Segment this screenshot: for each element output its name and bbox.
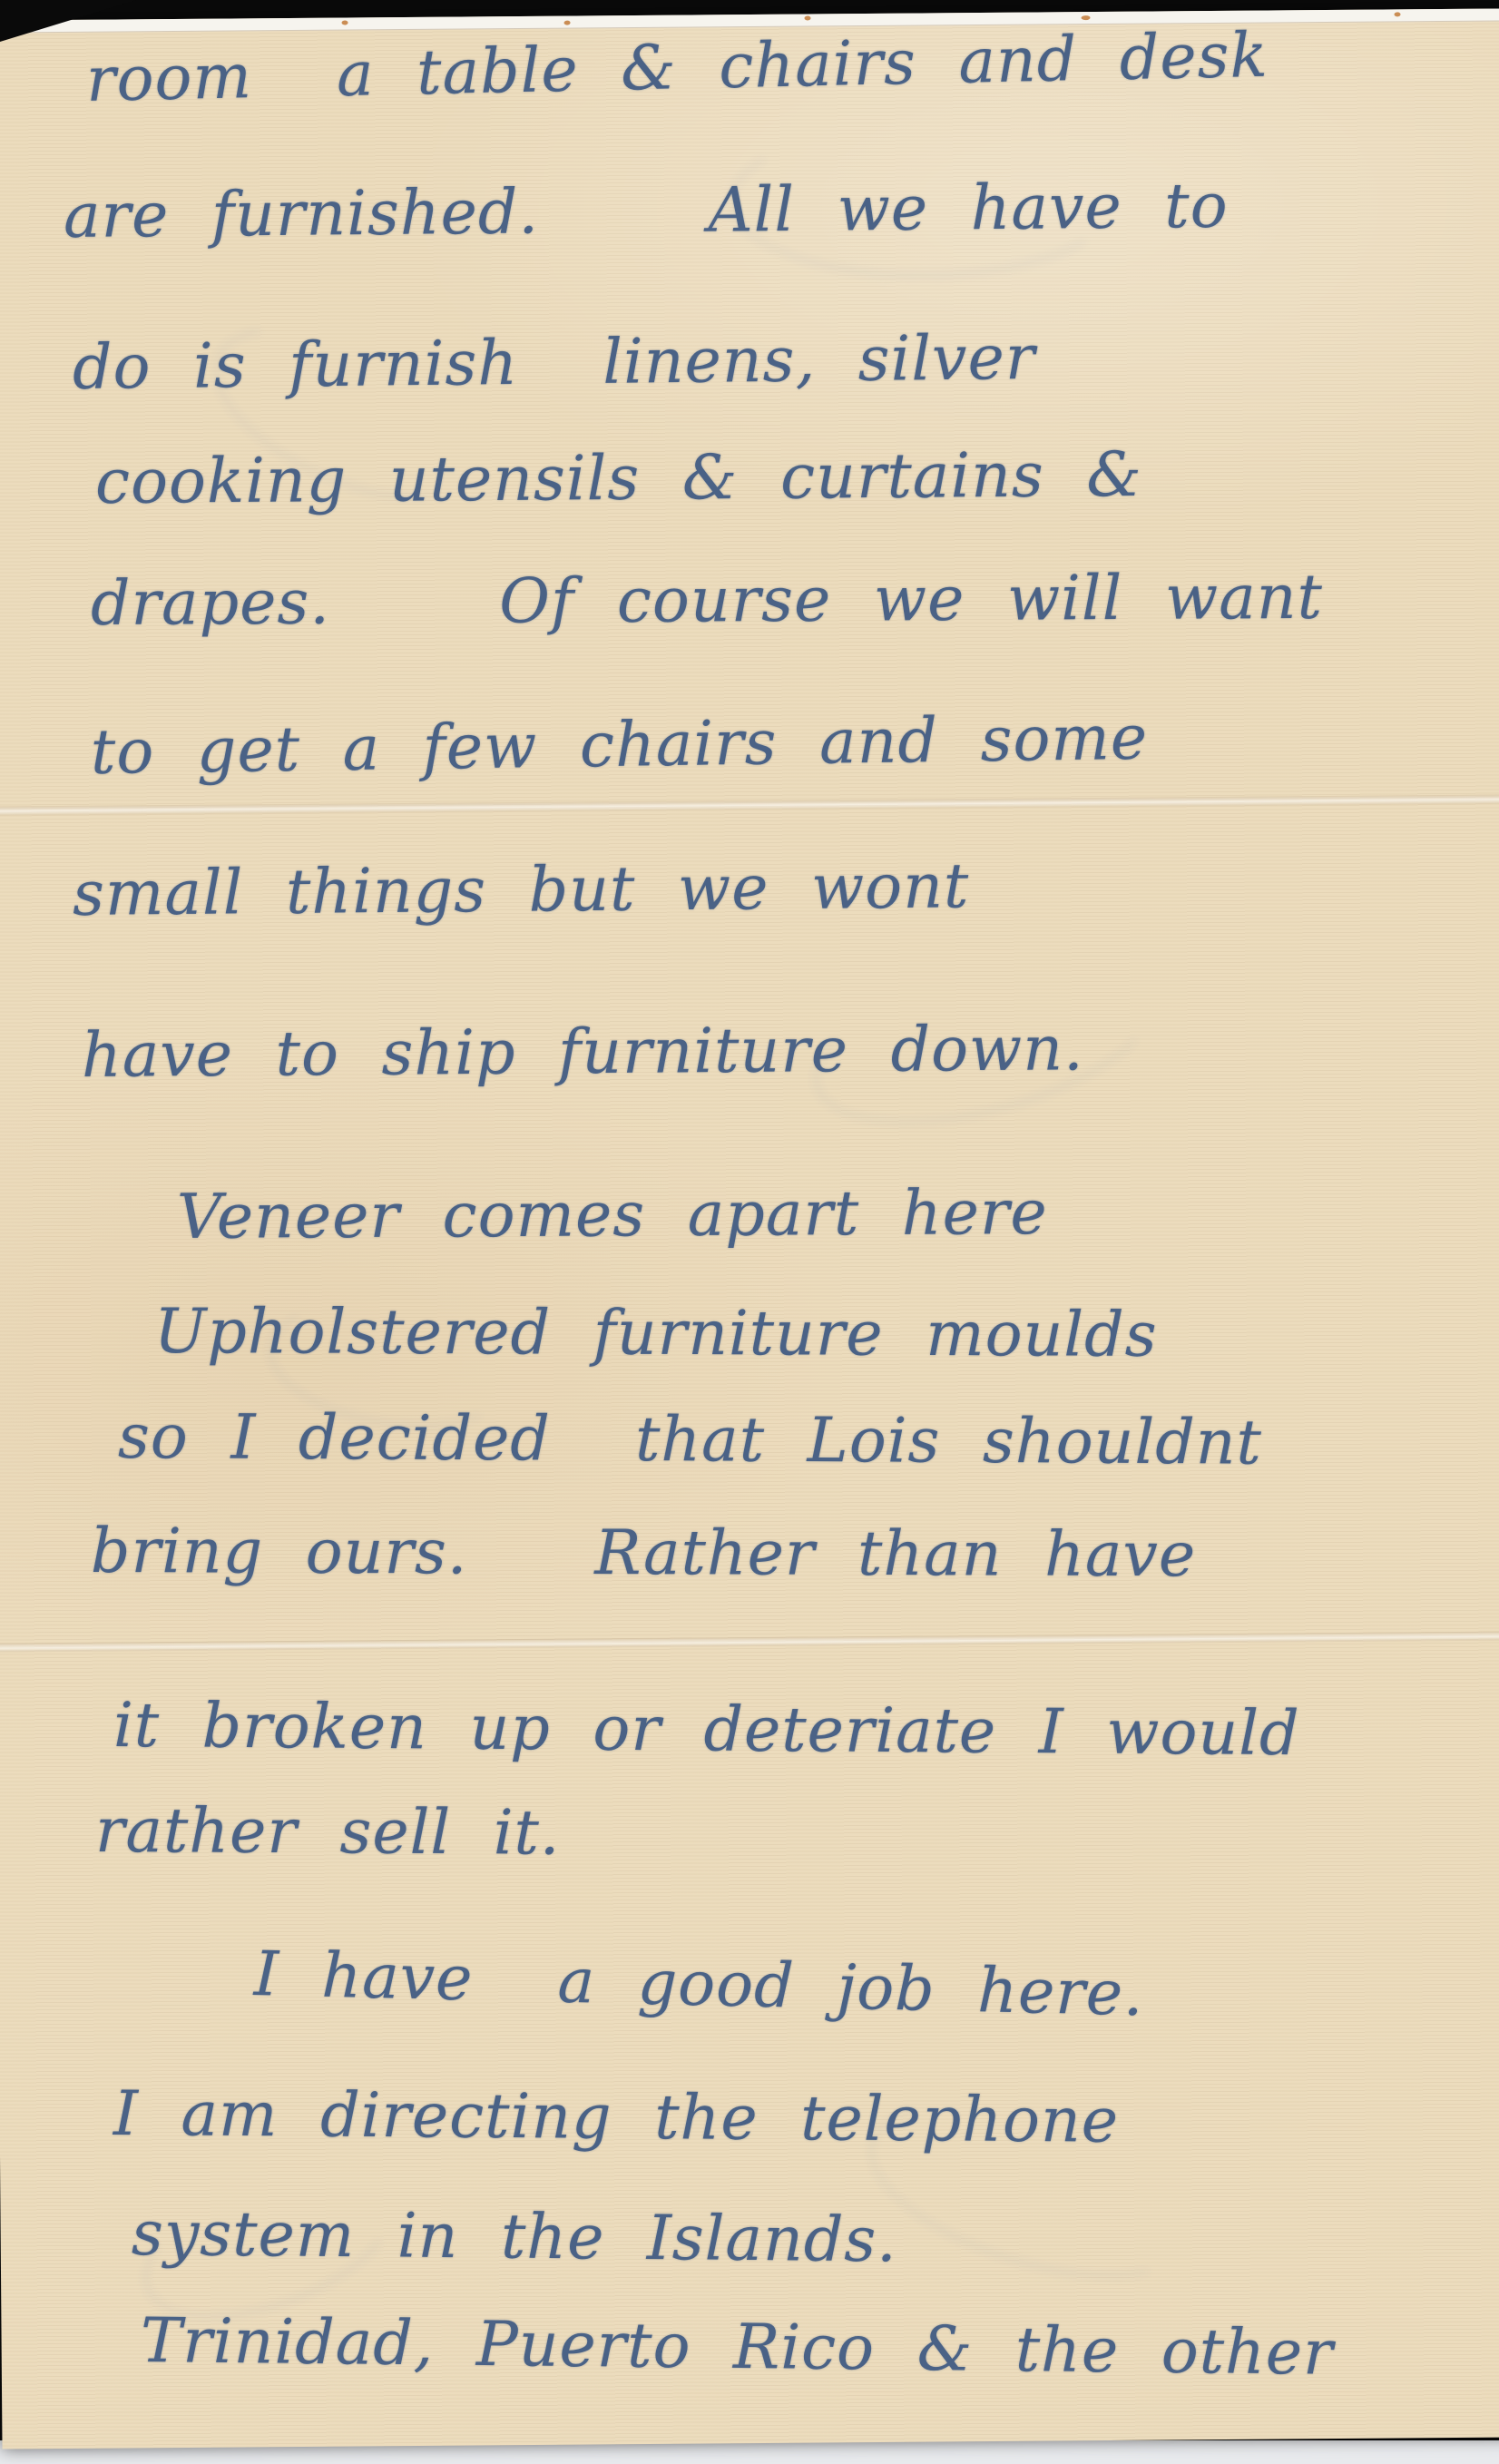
torn-top-edge [0, 8, 1499, 33]
handwritten-line-3: do is furnish linens, silver [73, 328, 1036, 399]
rust-spot [1082, 15, 1091, 20]
handwritten-line-18: Trinidad, Puerto Rico & the other [141, 2311, 1334, 2385]
handwritten-line-2: are furnished. All we have to [64, 176, 1229, 248]
handwritten-line-7: small things but we wont [73, 856, 970, 926]
handwritten-line-13: it broken up or deteriate I would [113, 1695, 1300, 1765]
rust-spot [564, 21, 571, 25]
fold-crease-lower [0, 1631, 1499, 1652]
rust-spot [805, 15, 811, 20]
handwritten-line-4: cooking utensils & curtains & [95, 445, 1142, 514]
handwritten-line-11: so I decided that Lois shouldnt [118, 1407, 1262, 1475]
handwritten-line-12: bring ours. Rather than have [91, 1521, 1196, 1586]
handwritten-line-6: to get a few chairs and some [91, 708, 1149, 784]
handwritten-line-16: I am directing the telephone [113, 2084, 1120, 2153]
handwritten-line-9: Veneer comes apart here [177, 1183, 1048, 1249]
rust-spot [342, 20, 348, 25]
handwritten-line-8: have to ship furniture down. [82, 1018, 1084, 1087]
handwritten-line-5: drapes. Of course we will want [91, 567, 1323, 635]
handwritten-line-10: Upholstered furniture moulds [154, 1301, 1158, 1367]
handwritten-line-14: rather sell it. [95, 1801, 561, 1865]
scanned-letter-page: room a table & chairs and desk are furni… [0, 0, 1499, 2464]
fold-crease-upper [0, 794, 1499, 815]
rust-spot [1394, 12, 1400, 16]
handwritten-line-17: system in the Islands. [132, 2204, 897, 2272]
